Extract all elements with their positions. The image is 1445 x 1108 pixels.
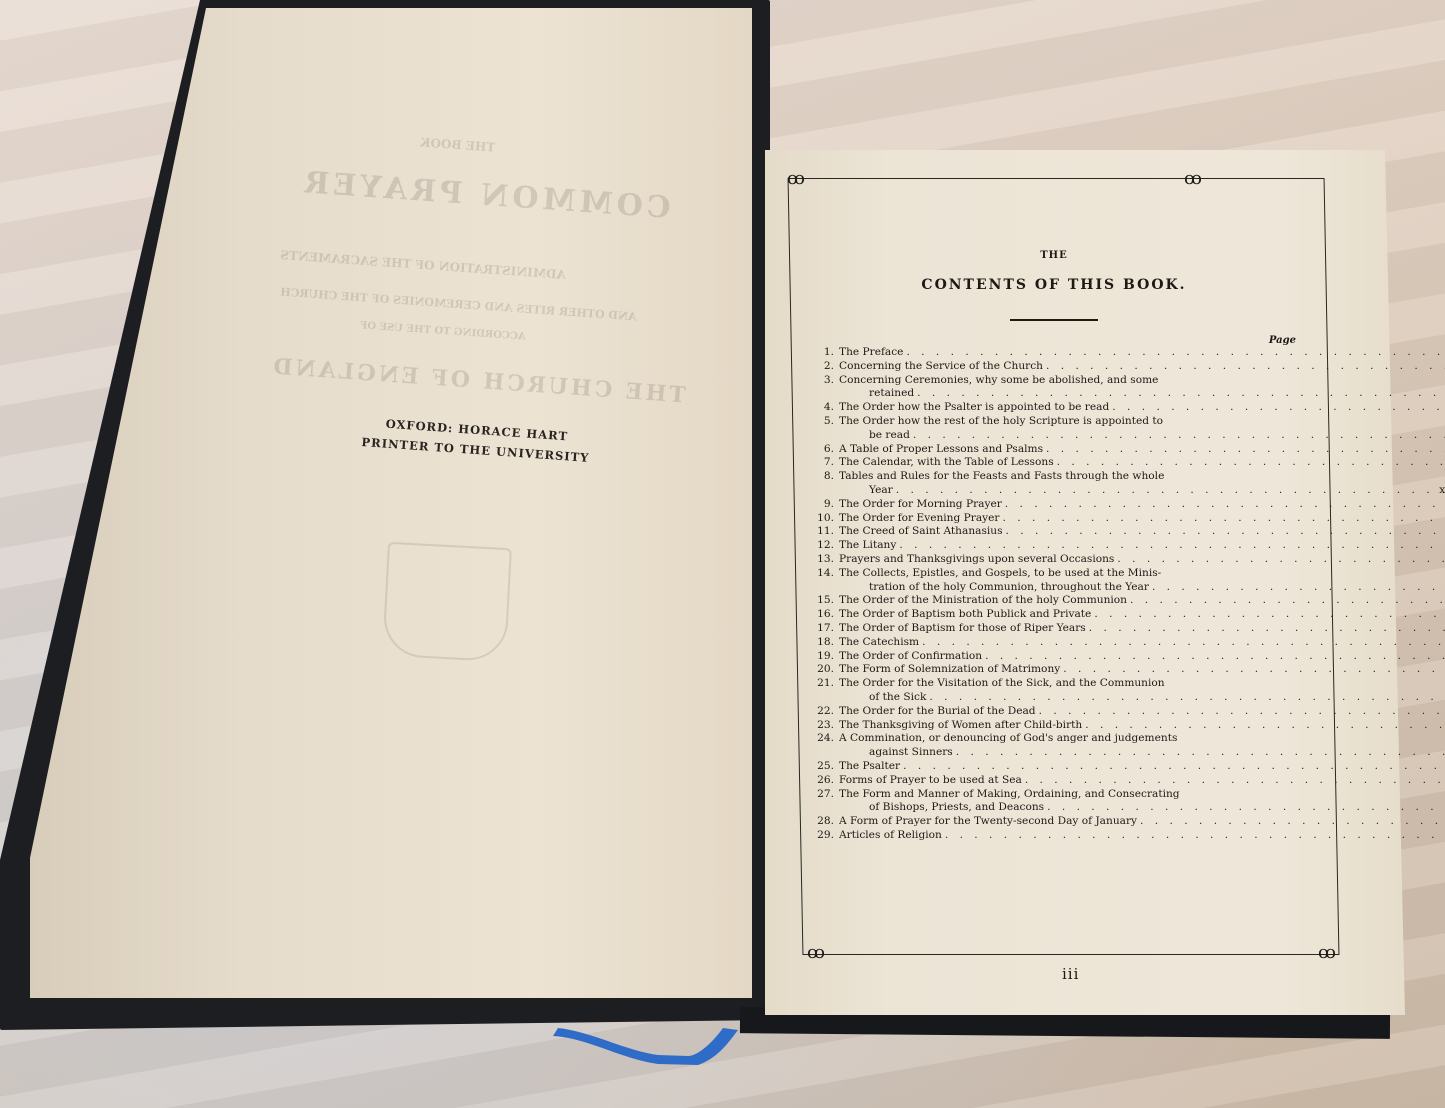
toc-entry: 3.Concerning Ceremonies, why some be abo… [808,374,1300,402]
title-rule [1010,319,1098,321]
toc-entry-number: 6. [808,443,839,457]
dot-leader: . . . . . . . . . . . . . . . . . . . . … [956,746,1445,760]
toc-entry-number: 22. [808,705,839,719]
toc-entry: 10.The Order for Evening Prayer. . . . .… [808,512,1300,526]
toc-entry-title: be read [869,429,910,443]
dot-leader: . . . . . . . . . . . . . . . . . . . . … [1085,719,1445,733]
toc-entry-title: The Form of Solemnization of Matrimony [839,663,1060,677]
toc-entry-title: The Order for Morning Prayer [839,498,1002,512]
dot-leader: . . . . . . . . . . . . . . . . . . . . … [1039,705,1445,719]
dot-leader: . . . . . . . . . . . . . . . . . . . . … [899,539,1437,553]
corner-ornament-icon: ꝏ [807,944,825,962]
toc-entry-title: The Preface [839,346,903,360]
toc-entry: 27.The Form and Manner of Making, Ordain… [808,788,1300,816]
toc-entry: 7.The Calendar, with the Table of Lesson… [808,456,1300,470]
dot-leader: . . . . . . . . . . . . . . . . . . . . … [896,484,1434,498]
toc-entry-title: The Form and Manner of Making, Ordaining… [839,788,1180,802]
dot-leader: . . . . . . . . . . . . . . . . . . . . … [1005,498,1445,512]
dot-leader: . . . . . . . . . . . . . . . . . . . . … [1152,581,1445,595]
toc-entry-title: tration of the holy Communion, throughou… [869,581,1149,595]
toc-title: CONTENTS OF THIS BOOK. [808,277,1300,293]
dot-leader: . . . . . . . . . . . . . . . . . . . . … [1063,663,1445,677]
toc-entry: 17.The Order of Baptism for those of Rip… [808,622,1300,636]
toc-entry-title: The Order how the rest of the holy Scrip… [839,415,1163,429]
toc-entry-title: The Order for Evening Prayer [839,512,999,526]
dot-leader: . . . . . . . . . . . . . . . . . . . . … [1006,525,1445,539]
dot-leader: . . . . . . . . . . . . . . . . . . . . … [1002,512,1445,526]
toc-entry-number: 9. [808,498,839,512]
toc-entry-title: The Order how the Psalter is appointed t… [839,401,1109,415]
dot-leader: . . . . . . . . . . . . . . . . . . . . … [945,829,1445,843]
toc-entry-title: The Psalter [839,760,900,774]
showthrough-line: ACCORDING TO THE USE OF [360,320,526,343]
toc-entry-number: 24. [808,732,839,760]
toc-entry-number: 17. [808,622,839,636]
toc-entry-title: against Sinners [869,746,953,760]
toc-entry: 2.Concerning the Service of the Church. … [808,360,1300,374]
toc-entry-number: 12. [808,539,839,553]
toc-entry: 22.The Order for the Burial of the Dead.… [808,705,1300,719]
toc-entry-number: 21. [808,677,839,705]
corner-ornament-icon: ꝏ [1184,170,1202,188]
toc-entry-number: 7. [808,456,839,470]
toc-entry-title: Prayers and Thanksgivings upon several O… [839,553,1114,567]
toc-entry: 13.Prayers and Thanksgivings upon severa… [808,553,1300,567]
showthrough-line: THE CHURCH OF ENGLAND [270,354,687,409]
toc-entry-title: The Calendar, with the Table of Lessons [839,456,1054,470]
toc-entry: 12.The Litany. . . . . . . . . . . . . .… [808,539,1300,553]
toc-entry-title: retained [869,387,914,401]
dot-leader: . . . . . . . . . . . . . . . . . . . . … [922,636,1445,650]
corner-ornament-icon: ꝏ [1318,944,1336,962]
toc-entry: 21.The Order for the Visitation of the S… [808,677,1300,705]
toc-entry: 1.The Preface. . . . . . . . . . . . . .… [808,346,1300,360]
toc-entry-page: xxiv [1437,484,1445,498]
toc-entry-number: 3. [808,374,839,402]
dot-leader: . . . . . . . . . . . . . . . . . . . . … [1130,594,1445,608]
toc-entry-title: The Catechism [839,636,919,650]
dot-leader: . . . . . . . . . . . . . . . . . . . . … [1046,443,1445,457]
toc-heading-the: THE [808,250,1300,261]
dot-leader: . . . . . . . . . . . . . . . . . . . . … [913,429,1445,443]
dot-leader: . . . . . . . . . . . . . . . . . . . . … [903,760,1441,774]
toc-entry: 18.The Catechism. . . . . . . . . . . . … [808,636,1300,650]
toc-list: 1.The Preface. . . . . . . . . . . . . .… [808,346,1300,843]
toc-entry-number: 2. [808,360,839,374]
toc-entry: 14.The Collects, Epistles, and Gospels, … [808,567,1300,595]
toc-entry-title: Concerning the Service of the Church [839,360,1043,374]
toc-entry: 29.Articles of Religion. . . . . . . . .… [808,829,1300,843]
dot-leader: . . . . . . . . . . . . . . . . . . . . … [906,346,1444,360]
toc-entry-number: 27. [808,788,839,816]
bookmark-ribbon [548,1028,748,1078]
toc-entry: 5.The Order how the rest of the holy Scr… [808,415,1300,443]
toc-entry: 28.A Form of Prayer for the Twenty-secon… [808,815,1300,829]
toc-entry: 11.The Creed of Saint Athanasius. . . . … [808,525,1300,539]
toc-entry-number: 4. [808,401,839,415]
toc-entry-number: 5. [808,415,839,443]
toc-entry-title: A Form of Prayer for the Twenty-second D… [839,815,1137,829]
dot-leader: . . . . . . . . . . . . . . . . . . . . … [1046,360,1445,374]
dot-leader: . . . . . . . . . . . . . . . . . . . . … [929,691,1445,705]
toc-entry-title: A Commination, or denouncing of God's an… [839,732,1177,746]
toc-entry: 26.Forms of Prayer to be used at Sea. . … [808,774,1300,788]
toc-entry-title: The Litany [839,539,896,553]
toc-entry: 16.The Order of Baptism both Publick and… [808,608,1300,622]
toc-entry-number: 10. [808,512,839,526]
corner-ornament-icon: ꝏ [787,170,805,188]
toc-entry: 24.A Commination, or denouncing of God's… [808,732,1300,760]
toc-entry-title: The Collects, Epistles, and Gospels, to … [839,567,1161,581]
toc-entry-number: 1. [808,346,839,360]
toc-entry-number: 26. [808,774,839,788]
toc-entry-title: The Order of Confirmation [839,650,982,664]
dot-leader: . . . . . . . . . . . . . . . . . . . . … [1094,608,1445,622]
toc-entry-number: 25. [808,760,839,774]
dot-leader: . . . . . . . . . . . . . . . . . . . . … [1047,801,1445,815]
toc-entry-title: The Order of Baptism both Publick and Pr… [839,608,1091,622]
toc-entry-number: 19. [808,650,839,664]
dot-leader: . . . . . . . . . . . . . . . . . . . . … [985,650,1445,664]
toc-entry: 6.A Table of Proper Lessons and Psalms. … [808,443,1300,457]
toc-entry-title: of Bishops, Priests, and Deacons [869,801,1044,815]
toc-entry-title: Articles of Religion [839,829,942,843]
toc-entry-number: 20. [808,663,839,677]
dot-leader: . . . . . . . . . . . . . . . . . . . . … [1025,774,1445,788]
toc-entry-title: Year [869,484,893,498]
toc-entry: 9.The Order for Morning Prayer. . . . . … [808,498,1300,512]
toc-entry-title: of the Sick [869,691,926,705]
toc-entry-number: 16. [808,608,839,622]
toc-entry-title: The Order for the Burial of the Dead [839,705,1036,719]
toc-entry: 4.The Order how the Psalter is appointed… [808,401,1300,415]
toc-entry-number: 23. [808,719,839,733]
toc-entry-title: The Order of the Ministration of the hol… [839,594,1127,608]
toc-entry-title: Forms of Prayer to be used at Sea [839,774,1022,788]
toc-entry-number: 8. [808,470,839,498]
dot-leader: . . . . . . . . . . . . . . . . . . . . … [917,387,1445,401]
toc-entry-title: Tables and Rules for the Feasts and Fast… [839,470,1164,484]
dot-leader: . . . . . . . . . . . . . . . . . . . . … [1140,815,1445,829]
toc-entry-number: 13. [808,553,839,567]
table-of-contents: THE CONTENTS OF THIS BOOK. Page 1.The Pr… [808,250,1300,843]
toc-entry: 8.Tables and Rules for the Feasts and Fa… [808,470,1300,498]
toc-entry: 23.The Thanksgiving of Women after Child… [808,719,1300,733]
dot-leader: . . . . . . . . . . . . . . . . . . . . … [1057,456,1445,470]
toc-entry-title: Concerning Ceremonies, why some be aboli… [839,374,1158,388]
showthrough-line: AND OTHER RITES AND CEREMONIES OF THE CH… [280,286,637,324]
page-number: iii [1062,965,1079,983]
toc-entry: 20.The Form of Solemnization of Matrimon… [808,663,1300,677]
toc-entry: 15.The Order of the Ministration of the … [808,594,1300,608]
university-crest-showthrough [382,542,512,662]
dot-leader: . . . . . . . . . . . . . . . . . . . . … [1117,553,1445,567]
toc-entry-page: 31 [1440,539,1445,553]
toc-entry: 25.The Psalter. . . . . . . . . . . . . … [808,760,1300,774]
toc-entry-number: 18. [808,636,839,650]
toc-entry-title: A Table of Proper Lessons and Psalms [839,443,1043,457]
toc-entry-number: 14. [808,567,839,595]
toc-entry-number: 29. [808,829,839,843]
toc-entry: 19.The Order of Confirmation. . . . . . … [808,650,1300,664]
page-column-header: Page [808,335,1300,346]
toc-entry-number: 11. [808,525,839,539]
toc-entry-title: The Order of Baptism for those of Riper … [839,622,1086,636]
toc-entry-number: 15. [808,594,839,608]
dot-leader: . . . . . . . . . . . . . . . . . . . . … [1089,622,1445,636]
toc-entry-number: 28. [808,815,839,829]
toc-entry-title: The Thanksgiving of Women after Child-bi… [839,719,1082,733]
dot-leader: . . . . . . . . . . . . . . . . . . . . … [1112,401,1445,415]
toc-entry-title: The Order for the Visitation of the Sick… [839,677,1165,691]
showthrough-line: THE BOOK [420,135,496,154]
showthrough-line: ADMINISTRATION OF THE SACRAMENTS [280,248,566,282]
showthrough-line: COMMON PRAYER [299,165,671,226]
toc-entry-title: The Creed of Saint Athanasius [839,525,1003,539]
